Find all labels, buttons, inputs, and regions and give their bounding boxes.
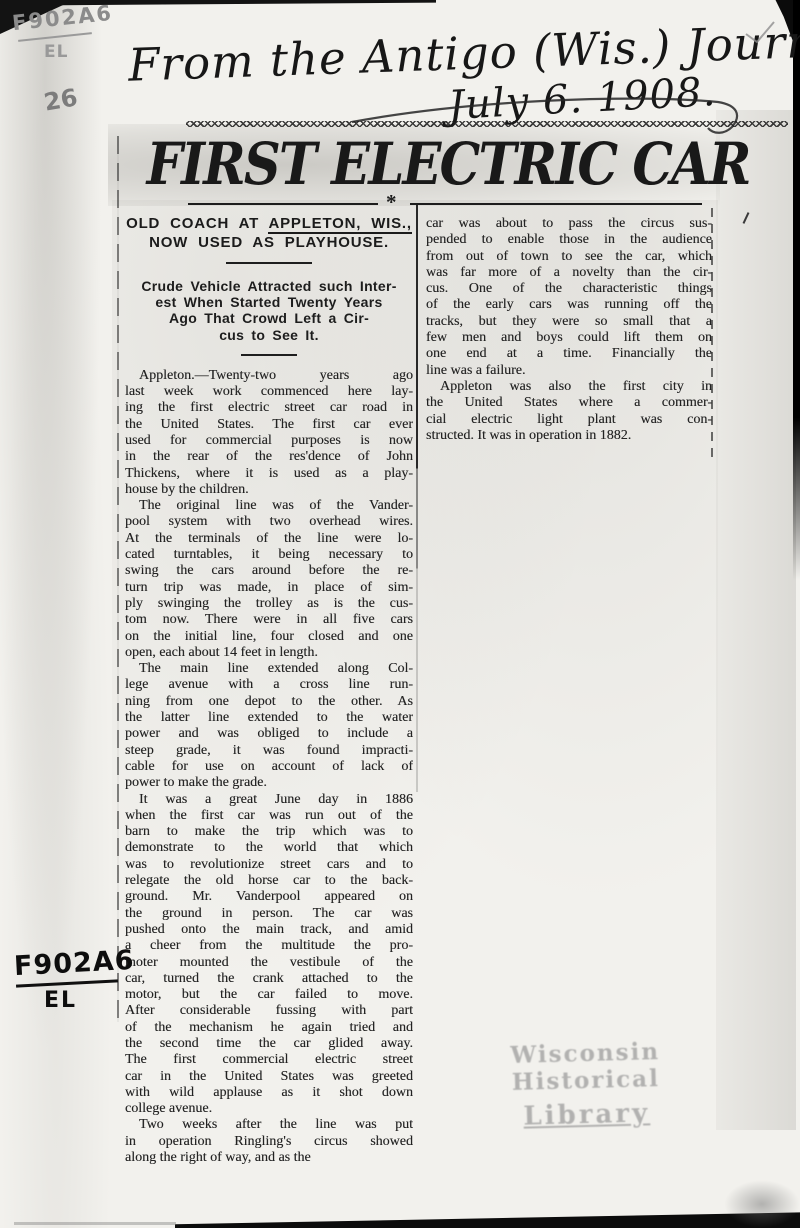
- text-line: At the terminals of the line were lo-: [125, 531, 413, 547]
- text-line: pool system with two overhead wires.: [125, 514, 413, 530]
- text-line: tom now. There were in all five cars: [125, 612, 413, 628]
- text-line: the United States where a commer-: [426, 395, 712, 411]
- text-line: ply swinging the trolley as is the cus-: [125, 596, 413, 612]
- text-line: Appleton was also the first city in: [426, 379, 712, 395]
- text-line: car, turned the crank attached to the: [125, 971, 413, 987]
- catalog-subcode-marker: EL: [44, 988, 77, 1013]
- text-line: car was about to pass the circus sus-: [426, 216, 712, 232]
- text-line: It was a great June day in 1886: [125, 792, 413, 808]
- text-line: structed. It was in operation in 1882.: [426, 428, 712, 444]
- article-columns: OLD COACH AT APPLETON, WIS., NOW USED AS…: [110, 212, 720, 1166]
- catalog-code-pencil: F902A6: [11, 1, 114, 35]
- section-divider: [226, 262, 312, 264]
- left-column-body: Appleton.—Twenty-two years agolast week …: [125, 368, 413, 1167]
- article-headline: FIRST ELECTRIC CAR: [147, 132, 684, 196]
- catalog-subcode-pencil: EL: [44, 42, 68, 62]
- newspaper-clipping: FIRST ELECTRIC CAR * OLD COACH AT APPLET…: [110, 128, 720, 1166]
- text-line: few men and boys could lift them on: [426, 330, 712, 346]
- text-line: ing the first electric street car road i…: [125, 400, 413, 416]
- text-line: lege avenue with a cross line run-: [125, 677, 413, 693]
- article-paragraph: Appleton was also the first city inthe U…: [426, 379, 712, 444]
- article-paragraph: car was about to pass the circus sus-pen…: [426, 216, 712, 379]
- text-line: Appleton.—Twenty-two years ago: [125, 368, 413, 384]
- text-line: the latter line extended to the water: [125, 710, 413, 726]
- text-line: Two weeks after the line was put: [125, 1117, 413, 1133]
- scan-smudge: [724, 1180, 800, 1228]
- asterisk-ornament: *: [386, 190, 397, 215]
- text-line: from out of town to see the car, which: [426, 249, 712, 265]
- text-line: barn to make the trip which was to: [125, 824, 413, 840]
- paper-texture: [0, 0, 112, 1228]
- text-line: cated turntables, it being necessary to: [125, 547, 413, 563]
- left-column: OLD COACH AT APPLETON, WIS., NOW USED AS…: [125, 212, 413, 1166]
- text-line: tracks, but they were so small that a: [426, 314, 712, 330]
- text-line: After considerable fussing with part: [125, 1003, 413, 1019]
- text-line: in the rear of the res'dence of John: [125, 449, 413, 465]
- pencil-underline: [18, 32, 92, 42]
- text-line: moter mounted the vestibule of the: [125, 955, 413, 971]
- text-line: car in the United States was greeted: [125, 1069, 413, 1085]
- right-column: car was about to pass the circus sus-pen…: [426, 212, 712, 1166]
- text-line: turn trip was made, in place of sim-: [125, 580, 413, 596]
- text-line: cable for use on account of lack of: [125, 759, 413, 775]
- text-line: line was a failure.: [426, 363, 712, 379]
- catalog-code-marker: F902A6: [13, 945, 135, 982]
- subhead-line: cus to See It.: [125, 327, 413, 343]
- text-line: of the mechanism he again tried and: [125, 1020, 413, 1036]
- text-line: was far more of a novelty than the cir-: [426, 265, 712, 281]
- subhead-line: Crude Vehicle Attracted such Inter-: [125, 278, 413, 294]
- article-paragraph: The original line was of the Vander-pool…: [125, 498, 413, 661]
- text-line: ning from one depot to the other. As: [125, 694, 413, 710]
- text-line: with wild applause as it shot down: [125, 1085, 413, 1101]
- headline-divider: *: [110, 196, 720, 210]
- text-line: demonstrate to the world that which: [125, 840, 413, 856]
- article-paragraph: It was a great June day in 1886when the …: [125, 792, 413, 1118]
- text-line: was to revolutionize street cars and to: [125, 857, 413, 873]
- article-paragraph: The main line extended along Col-lege av…: [125, 661, 413, 791]
- subhead-line: Ago That Crowd Left a Cir-: [125, 310, 413, 326]
- deck-underlined-text: APPLETON, WIS.,: [268, 215, 411, 234]
- pencil-tick-mark: [743, 212, 750, 224]
- scan-edge-right: [793, 0, 800, 580]
- deck-text: OLD COACH AT: [126, 215, 268, 232]
- text-line: pended to enable those in the audience: [426, 232, 712, 248]
- text-line: on the initial line, four closed and one: [125, 629, 413, 645]
- library-stamp: Wisconsin Historical Library: [451, 1037, 721, 1134]
- stamp-line1: Wisconsin Historical: [451, 1037, 720, 1098]
- text-line: in operation Ringling's circus showed: [125, 1134, 413, 1150]
- text-line: open, each about 14 feet in length.: [125, 645, 413, 661]
- text-line: The first commercial electric street: [125, 1052, 413, 1068]
- text-line: swing the cars around before the re-: [125, 563, 413, 579]
- section-divider: [241, 354, 297, 356]
- text-line: when the first car was run out of the: [125, 808, 413, 824]
- text-line: house by the children.: [125, 482, 413, 498]
- page-number-pencil: 26: [42, 83, 80, 116]
- text-line: the second time the car glided away.: [125, 1036, 413, 1052]
- text-line: relegate the old horse car to the back-: [125, 873, 413, 889]
- text-line: motor, but the car failed to move.: [125, 987, 413, 1003]
- text-line: used for commercial purposes is now: [125, 433, 413, 449]
- text-line: of the early cars was running off the: [426, 297, 712, 313]
- text-line: power and was obliged to include a: [125, 726, 413, 742]
- text-line: cus. One of the characteristic things: [426, 281, 712, 297]
- article-paragraph: Appleton.—Twenty-two years agolast week …: [125, 368, 413, 498]
- text-line: pushed onto the main track, and amid: [125, 922, 413, 938]
- text-line: power to make the grade.: [125, 775, 413, 791]
- text-line: last week work commenced here lay-: [125, 384, 413, 400]
- article-subhead: Crude Vehicle Attracted such Inter-est W…: [125, 278, 413, 343]
- article-deck: OLD COACH AT APPLETON, WIS., NOW USED AS…: [125, 214, 413, 252]
- divider-line: [188, 203, 378, 205]
- text-line: a cheer from the multitude the pro-: [125, 938, 413, 954]
- text-line: The main line extended along Col-: [125, 661, 413, 677]
- text-line: cial electric light plant was con-: [426, 412, 712, 428]
- text-line: college avenue.: [125, 1101, 413, 1117]
- text-line: steep grade, it was found impracti-: [125, 743, 413, 759]
- scan-edge-bottom: [175, 1211, 800, 1228]
- scanned-newspaper-page: F902A6 EL 26 From the Antigo (Wis.) Jour…: [0, 0, 800, 1228]
- text-line: the ground in person. The car was: [125, 906, 413, 922]
- text-line: one end at a time. Financially the: [426, 346, 712, 362]
- text-line: ground. Mr. Vanderpool appeared on: [125, 889, 413, 905]
- paper-texture: [716, 110, 796, 1130]
- text-line: along the right of way, and as the: [125, 1150, 413, 1166]
- text-line: Thickens, where it is used as a play-: [125, 466, 413, 482]
- text-line: The original line was of the Vander-: [125, 498, 413, 514]
- scan-edge-bottom-left: [14, 1222, 176, 1225]
- deck-line2: NOW USED AS PLAYHOUSE.: [125, 233, 413, 252]
- article-paragraph: Two weeks after the line was putin opera…: [125, 1117, 413, 1166]
- divider-line: [410, 203, 702, 205]
- text-line: the United States. The first car ever: [125, 417, 413, 433]
- subhead-line: est When Started Twenty Years: [125, 294, 413, 310]
